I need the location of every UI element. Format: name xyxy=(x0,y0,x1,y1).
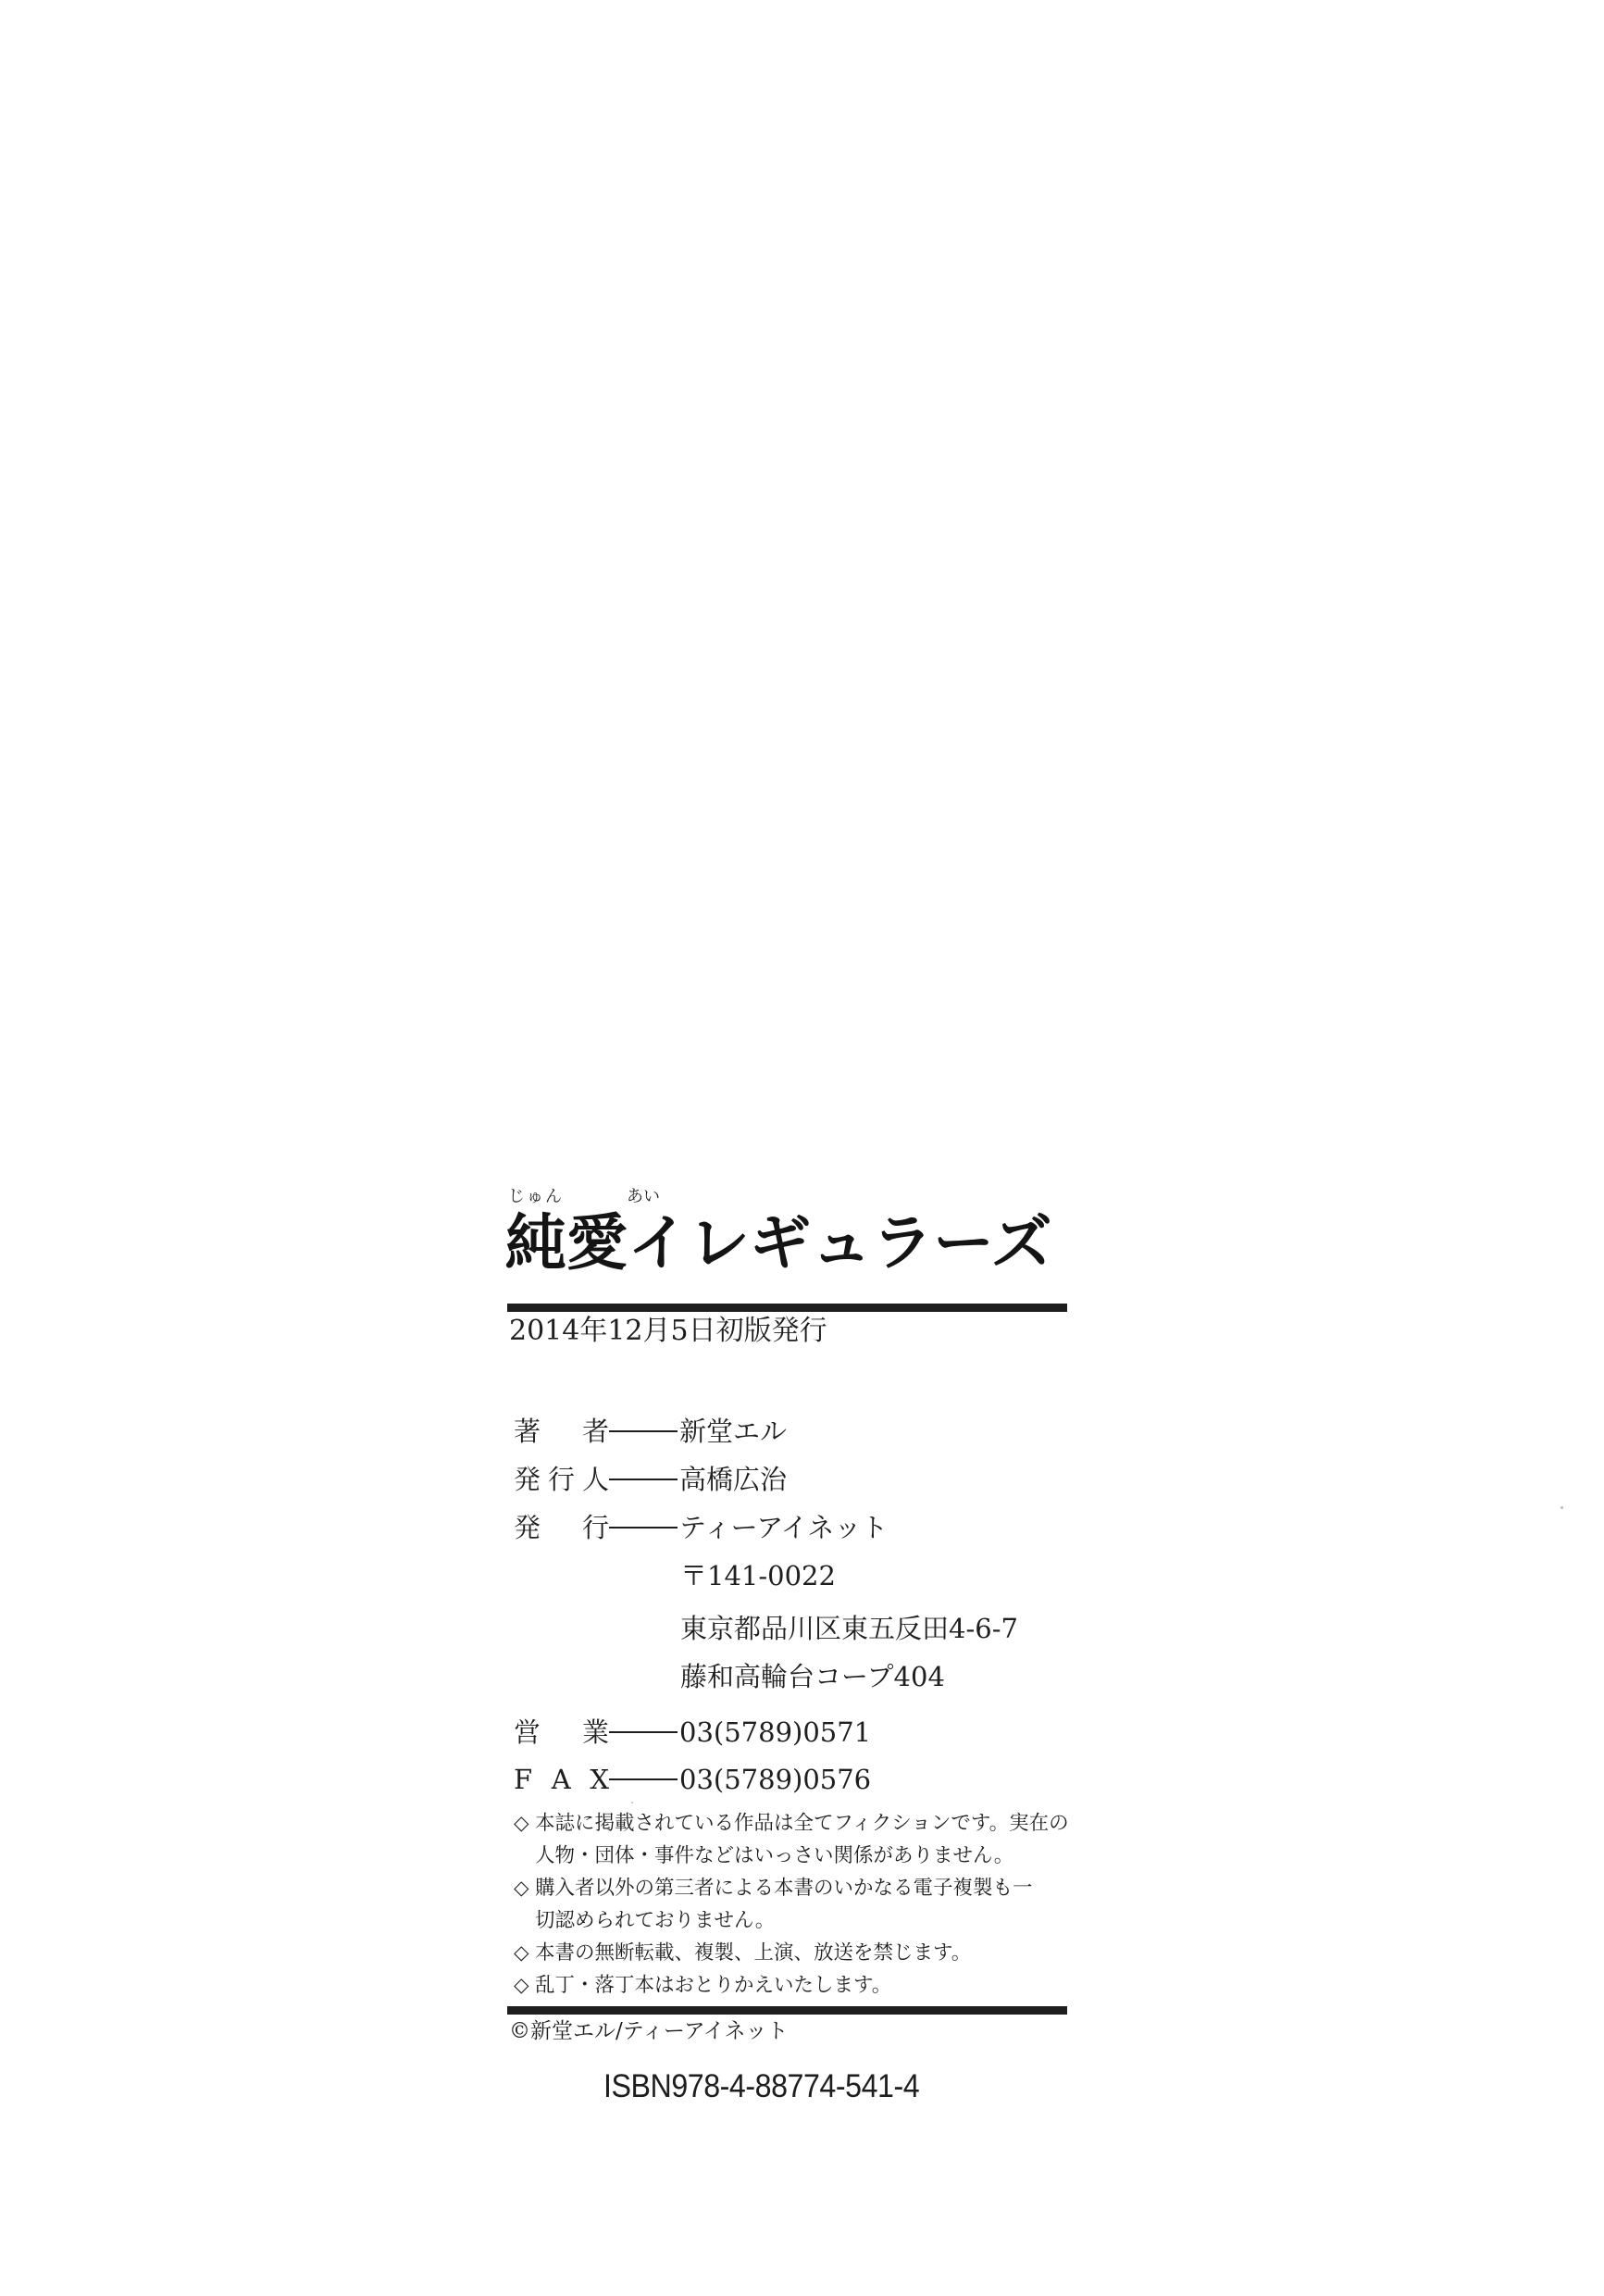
leader-dash xyxy=(609,1479,678,1480)
note-item: ◇本書の無断転載、複製、上演、放送を禁じます。 xyxy=(514,1937,1069,1969)
notes-divider xyxy=(507,2006,1067,2015)
address-line-1: 東京都品川区東五反田4-6-7 xyxy=(680,1611,1018,1646)
credit-row-publisher: 発 行 ティーアイネット xyxy=(514,1510,888,1545)
credit-value: ティーアイネット xyxy=(679,1510,888,1545)
address-text: 東京都品川区東五反田4-6-7 xyxy=(680,1611,1018,1646)
diamond-bullet-icon: ◇ xyxy=(514,1872,535,1904)
note-text: 購入者以外の第三者による本書のいかなる電子複製も一 xyxy=(535,1877,1033,1900)
publication-date: 2014年12月5日初版発行 xyxy=(509,1313,827,1350)
label-char: 行 xyxy=(582,1510,609,1545)
diamond-bullet-icon: ◇ xyxy=(514,1969,535,2002)
note-item: ◇本誌に掲載されている作品は全てフィクションです。実在の xyxy=(514,1807,1069,1840)
label-char: 著 xyxy=(514,1414,541,1449)
label-char: 者 xyxy=(582,1414,609,1449)
leader-dash xyxy=(609,1731,678,1733)
leader-dash xyxy=(609,1430,678,1432)
credit-label: 著 者 xyxy=(514,1414,609,1449)
postal-code-text: 〒141-0022 xyxy=(680,1558,836,1593)
label-char: F xyxy=(514,1762,532,1797)
address-text: 藤和高輪台コープ404 xyxy=(680,1659,945,1694)
credit-row-author: 著 者 新堂エル xyxy=(514,1414,787,1449)
address-line-2: 藤和高輪台コープ404 xyxy=(680,1659,945,1694)
leader-dash xyxy=(609,1527,678,1529)
credit-label: 営 業 xyxy=(514,1715,609,1750)
scan-speck xyxy=(631,1802,633,1803)
postal-code: 〒141-0022 xyxy=(680,1558,836,1593)
label-char: 業 xyxy=(582,1715,609,1750)
credit-value: 高橋広治 xyxy=(679,1462,787,1497)
isbn: ISBN978-4-88774-541-4 xyxy=(603,2066,919,2107)
leader-dash xyxy=(609,1778,678,1780)
note-text: 本書の無断転載、複製、上演、放送を禁じます。 xyxy=(535,1941,971,1965)
diamond-bullet-icon: ◇ xyxy=(514,1937,535,1969)
label-char: 人 xyxy=(582,1462,609,1497)
credit-label: 発 行 人 xyxy=(514,1462,609,1497)
note-item: ◇乱丁・落丁本はおとりかえいたします。 xyxy=(514,1969,1069,2002)
legal-notes: ◇本誌に掲載されている作品は全てフィクションです。実在の 人物・団体・事件などは… xyxy=(514,1807,1069,2002)
label-char: A xyxy=(552,1762,571,1797)
book-title: 純愛イレギュラーズ xyxy=(505,1204,1070,1281)
copyright-line: ©新堂エル/ティーアイネット xyxy=(509,2015,788,2047)
credit-row-fax: F A X 03(5789)0576 xyxy=(514,1762,871,1797)
label-char: X xyxy=(590,1762,609,1797)
note-text: 本誌に掲載されている作品は全てフィクションです。実在の xyxy=(535,1812,1069,1835)
note-continuation: 切認められておりません。 xyxy=(514,1904,1069,1937)
credit-label: 発 行 xyxy=(514,1510,609,1545)
note-item: ◇購入者以外の第三者による本書のいかなる電子複製も一 xyxy=(514,1872,1069,1904)
scan-speck xyxy=(1560,1506,1563,1509)
note-continuation: 人物・団体・事件などはいっさい関係がありません。 xyxy=(514,1840,1069,1872)
credit-row-sales: 営 業 03(5789)0571 xyxy=(514,1715,871,1750)
note-text: 乱丁・落丁本はおとりかえいたします。 xyxy=(535,1974,891,1997)
label-char: 発 xyxy=(514,1510,541,1545)
label-char: 営 xyxy=(514,1715,541,1750)
credit-label: F A X xyxy=(514,1762,609,1797)
label-char: 発 xyxy=(514,1462,541,1497)
credit-row-publisher-person: 発 行 人 高橋広治 xyxy=(514,1462,787,1497)
credit-value: 03(5789)0576 xyxy=(679,1762,871,1797)
credit-value: 03(5789)0571 xyxy=(679,1715,871,1750)
label-char: 行 xyxy=(548,1462,575,1497)
credit-value: 新堂エル xyxy=(679,1414,787,1449)
diamond-bullet-icon: ◇ xyxy=(514,1807,535,1840)
title-divider xyxy=(507,1304,1067,1312)
